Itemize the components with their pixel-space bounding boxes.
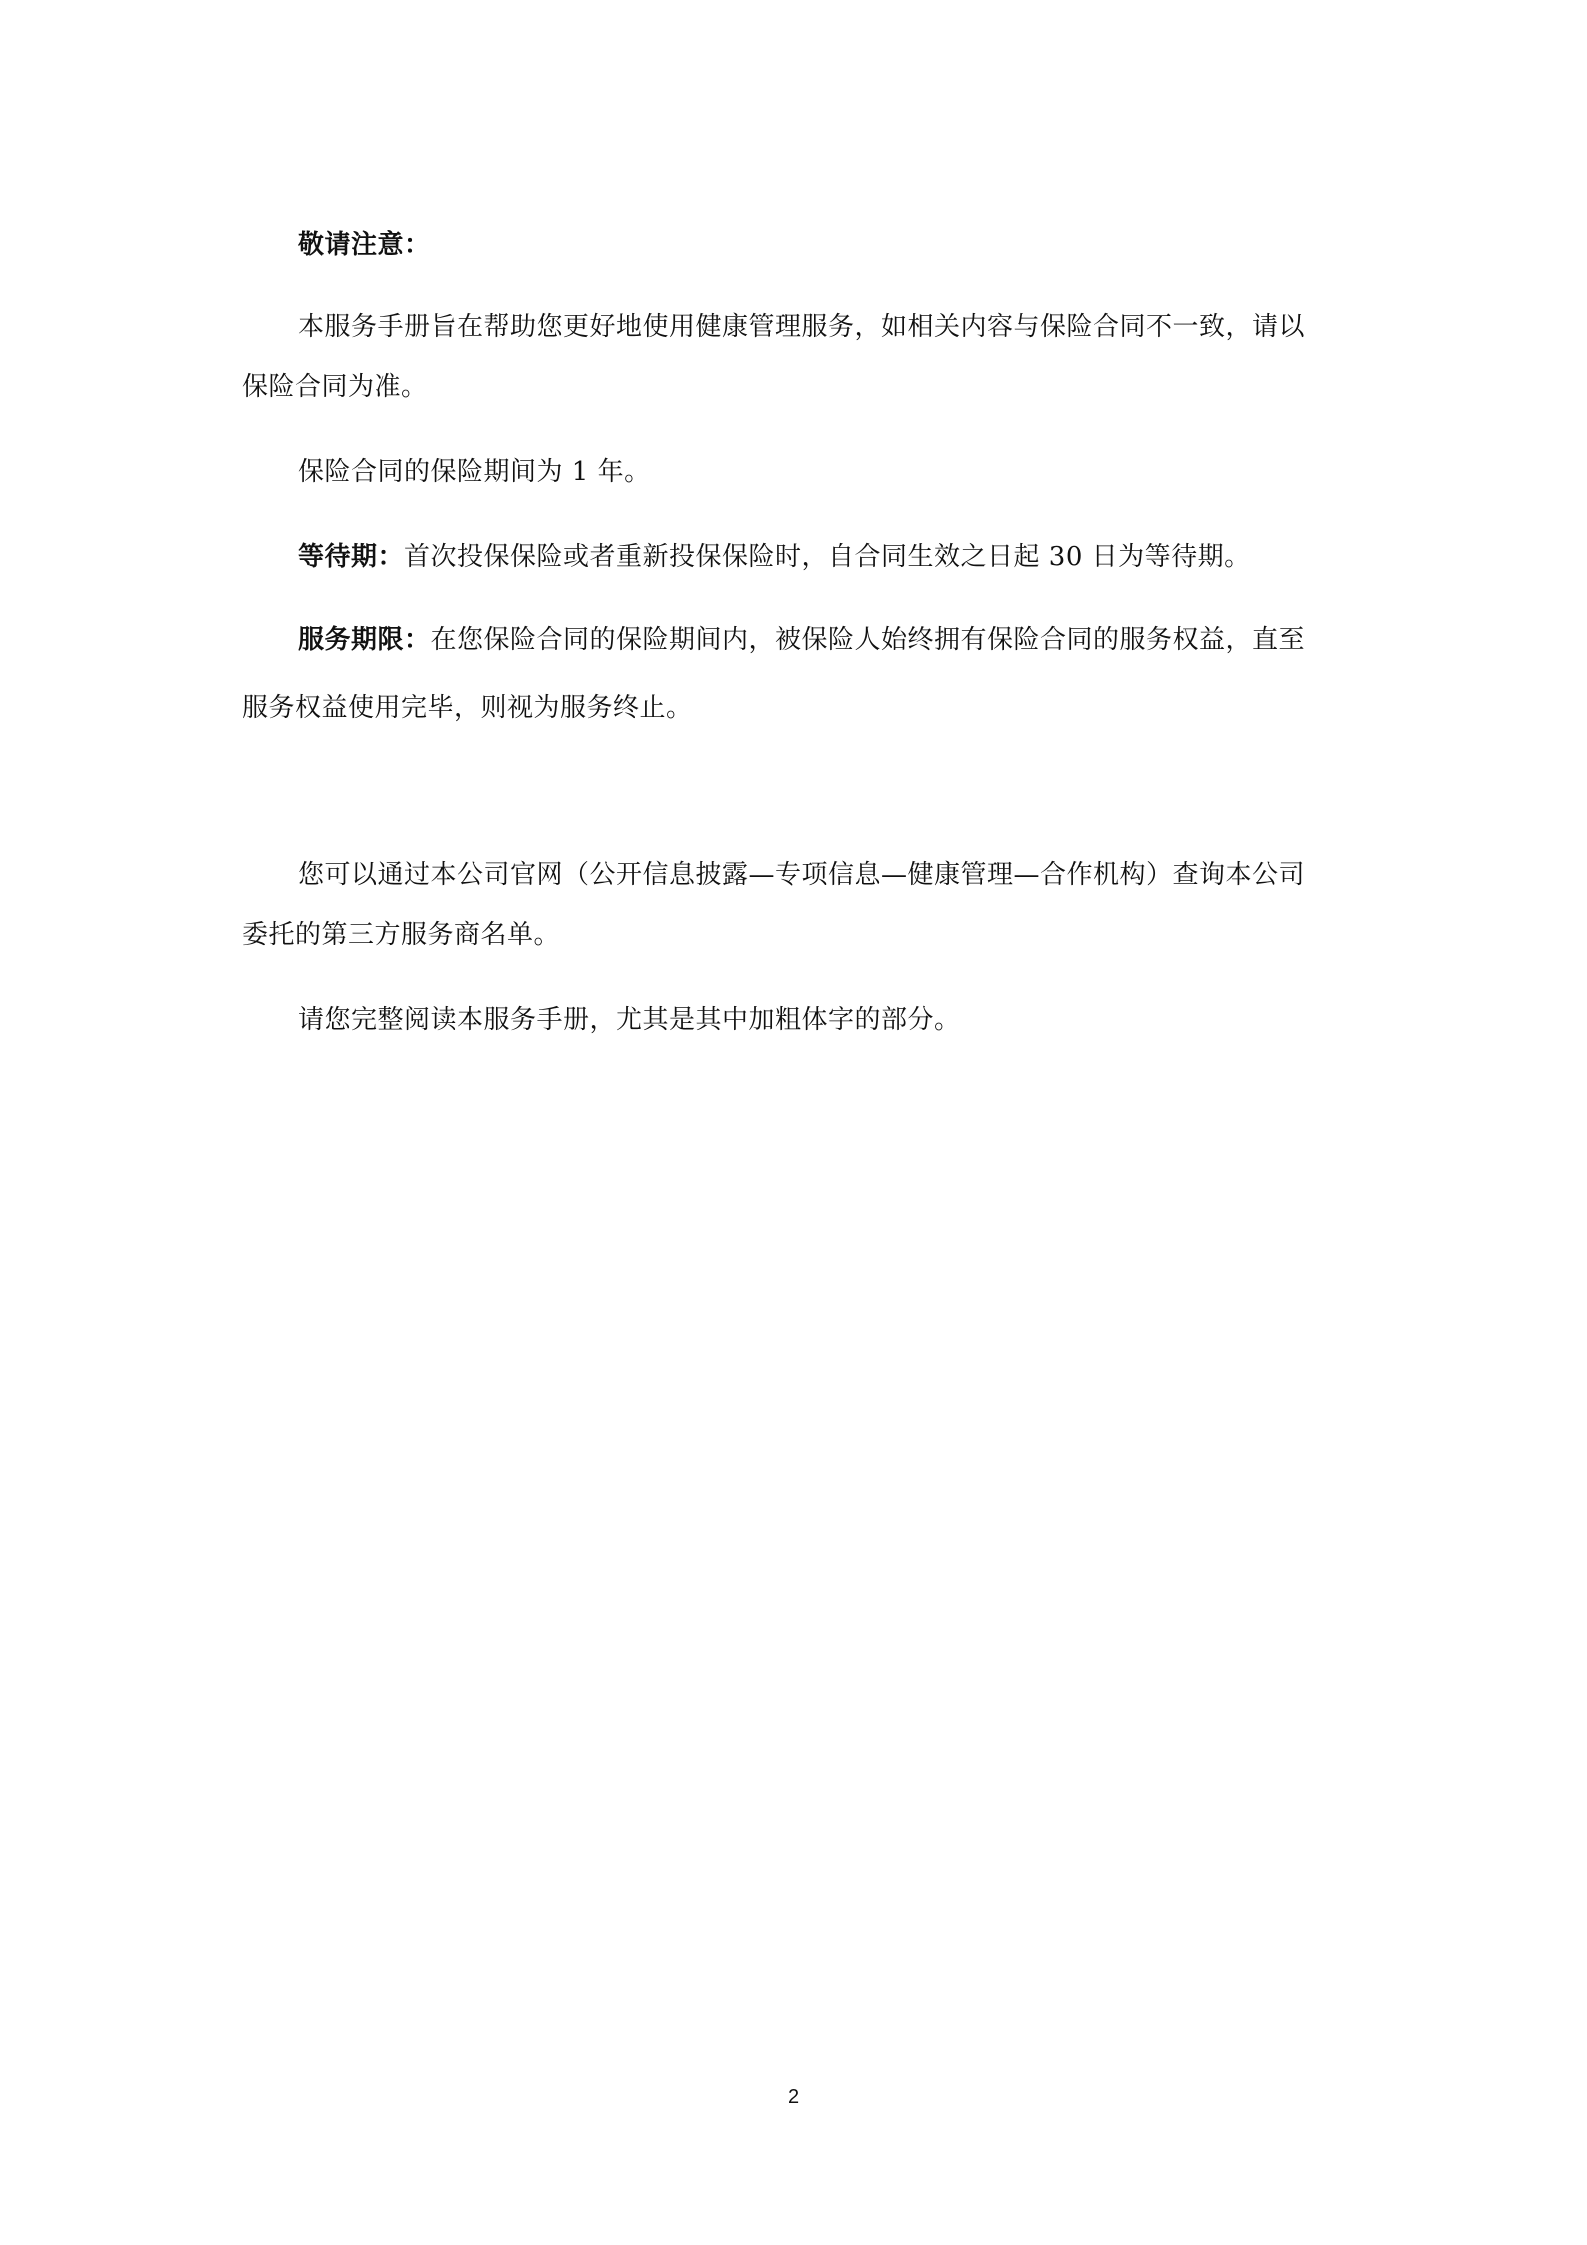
service-term-label: 服务期限： [298,625,431,655]
paragraph-provider-list-line-2: 委托的第三方服务商名单。 [242,918,1352,952]
waiting-period-text: 首次投保保险或者重新投保保险时，自合同生效之日起 30 日为等待期。 [404,542,1251,572]
paragraph-provider-list-line-1: 您可以通过本公司官网（公开信息披露—专项信息—健康管理—合作机构）查询本公司 [298,858,1408,892]
paragraph-manual-purpose-line-2: 保险合同为准。 [242,370,1352,404]
notice-heading: 敬请注意： [298,228,1408,262]
page-number: 2 [0,2086,1587,2109]
document-page: 敬请注意： 本服务手册旨在帮助您更好地使用健康管理服务，如相关内容与保险合同不一… [0,0,1587,2245]
paragraph-service-term-line-1: 服务期限：在您保险合同的保险期间内，被保险人始终拥有保险合同的服务权益，直至 [298,623,1408,657]
paragraph-waiting-period: 等待期：首次投保保险或者重新投保保险时，自合同生效之日起 30 日为等待期。 [298,540,1408,574]
paragraph-service-term-line-2: 服务权益使用完毕，则视为服务终止。 [242,691,1352,725]
paragraph-read-reminder: 请您完整阅读本服务手册，尤其是其中加粗体字的部分。 [298,1003,1408,1037]
service-term-text: 在您保险合同的保险期间内，被保险人始终拥有保险合同的服务权益，直至 [431,625,1306,655]
paragraph-manual-purpose-line-1: 本服务手册旨在帮助您更好地使用健康管理服务，如相关内容与保险合同不一致，请以 [298,310,1408,344]
waiting-period-label: 等待期： [298,542,404,572]
paragraph-insurance-period: 保险合同的保险期间为 1 年。 [298,455,1408,489]
